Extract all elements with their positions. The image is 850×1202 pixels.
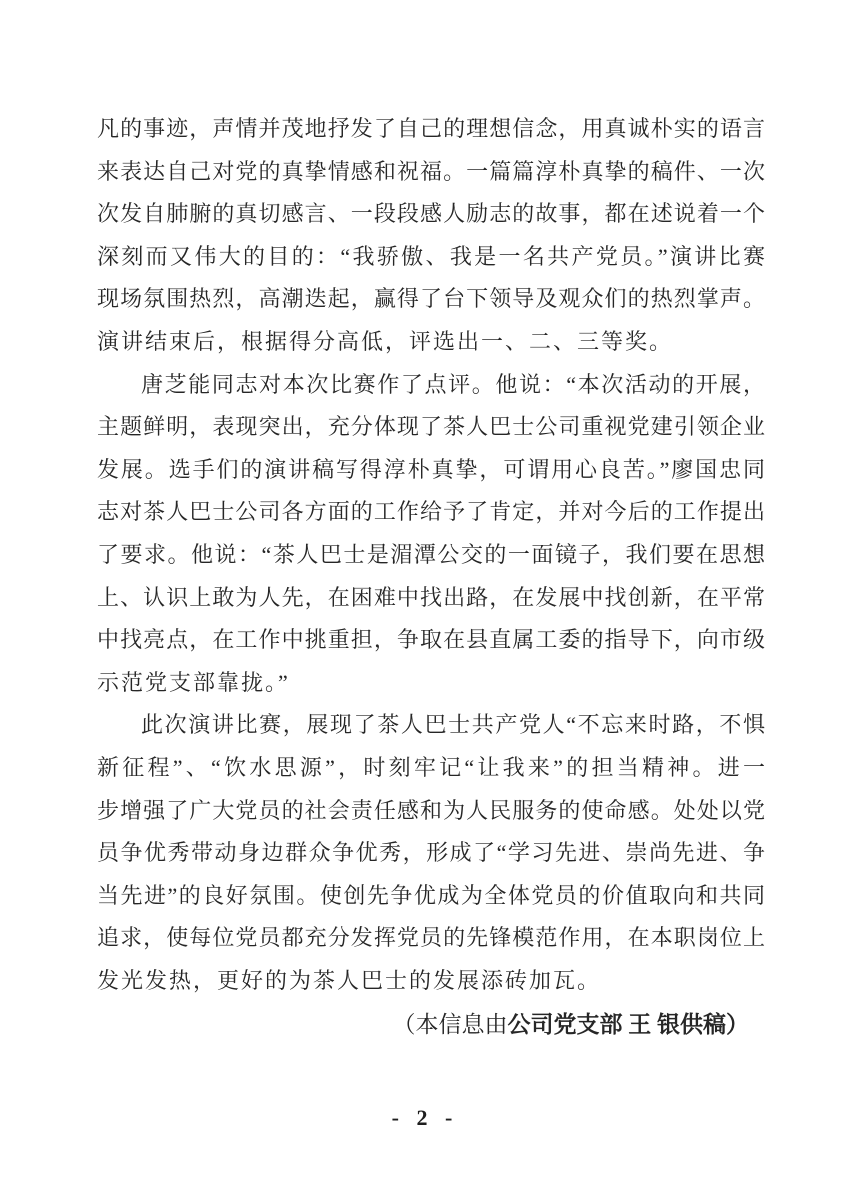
text-line: 深刻而又伟大的目的：“我骄傲、我是一名共产党员。”演讲比赛 (97, 236, 765, 279)
text-line: 员争优秀带动身边群众争优秀，形成了“学习先进、崇尚先进、争 (97, 832, 765, 875)
text-line: 步增强了广大党员的社会责任感和为人民服务的使命感。处处以党 (97, 790, 765, 833)
text-line: 现场氛围热烈，高潮迭起，赢得了台下领导及观众们的热烈掌声。 (97, 278, 765, 321)
text-line: 新征程”、“饮水思源”，时刻牢记“让我来”的担当精神。进一 (97, 747, 765, 790)
text-line: 主题鲜明，表现突出，充分体现了茶人巴士公司重视党建引领企业 (97, 406, 765, 449)
text-line: 上、认识上敢为人先，在困难中找出路，在发展中找创新，在平常 (97, 577, 765, 620)
text-line: 凡的事迹，声情并茂地抒发了自己的理想信念，用真诚朴实的语言 (97, 108, 765, 151)
text-line: 当先进”的良好氛围。使创先争优成为全体党员的价值取向和共同 (97, 875, 765, 918)
text-line: 发光发热，更好的为茶人巴士的发展添砖加瓦。 (97, 960, 765, 1003)
page-number: - 2 - (0, 1105, 850, 1131)
text-line: 此次演讲比赛，展现了茶人巴士共产党人“不忘来时路，不惧 (97, 704, 765, 747)
text-line: 追求，使每位党员都充分发挥党员的先锋模范作用，在本职岗位上 (97, 917, 765, 960)
attribution-source: 公司党支部 王 银供稿） (508, 1012, 750, 1037)
text-line: 唐芝能同志对本次比赛作了点评。他说：“本次活动的开展， (97, 364, 765, 407)
paragraphs: 凡的事迹，声情并茂地抒发了自己的理想信念，用真诚朴实的语言来表达自己对党的真挚情… (97, 108, 765, 1002)
text-line: 中找亮点，在工作中挑重担，争取在县直属工委的指导下，向市级 (97, 619, 765, 662)
attribution-line: （本信息由公司党支部 王 银供稿） (97, 1004, 765, 1047)
text-line: 来表达自己对党的真挚情感和祝福。一篇篇淳朴真挚的稿件、一次 (97, 151, 765, 194)
document-page: 凡的事迹，声情并茂地抒发了自己的理想信念，用真诚朴实的语言来表达自己对党的真挚情… (0, 0, 850, 1202)
text-line: 发展。选手们的演讲稿写得淳朴真挚，可谓用心良苦。”廖国忠同 (97, 449, 765, 492)
text-line: 次发自肺腑的真切感言、一段段感人励志的故事，都在述说着一个 (97, 193, 765, 236)
text-line: 了要求。他说：“茶人巴士是湄潭公交的一面镜子，我们要在思想 (97, 534, 765, 577)
document-body: 凡的事迹，声情并茂地抒发了自己的理想信念，用真诚朴实的语言来表达自己对党的真挚情… (97, 108, 765, 1047)
text-line: 志对茶人巴士公司各方面的工作给予了肯定，并对今后的工作提出 (97, 491, 765, 534)
attribution-prefix: （本信息由 (393, 1012, 508, 1037)
text-line: 演讲结束后，根据得分高低，评选出一、二、三等奖。 (97, 321, 765, 364)
text-line: 示范党支部靠拢。” (97, 662, 765, 705)
